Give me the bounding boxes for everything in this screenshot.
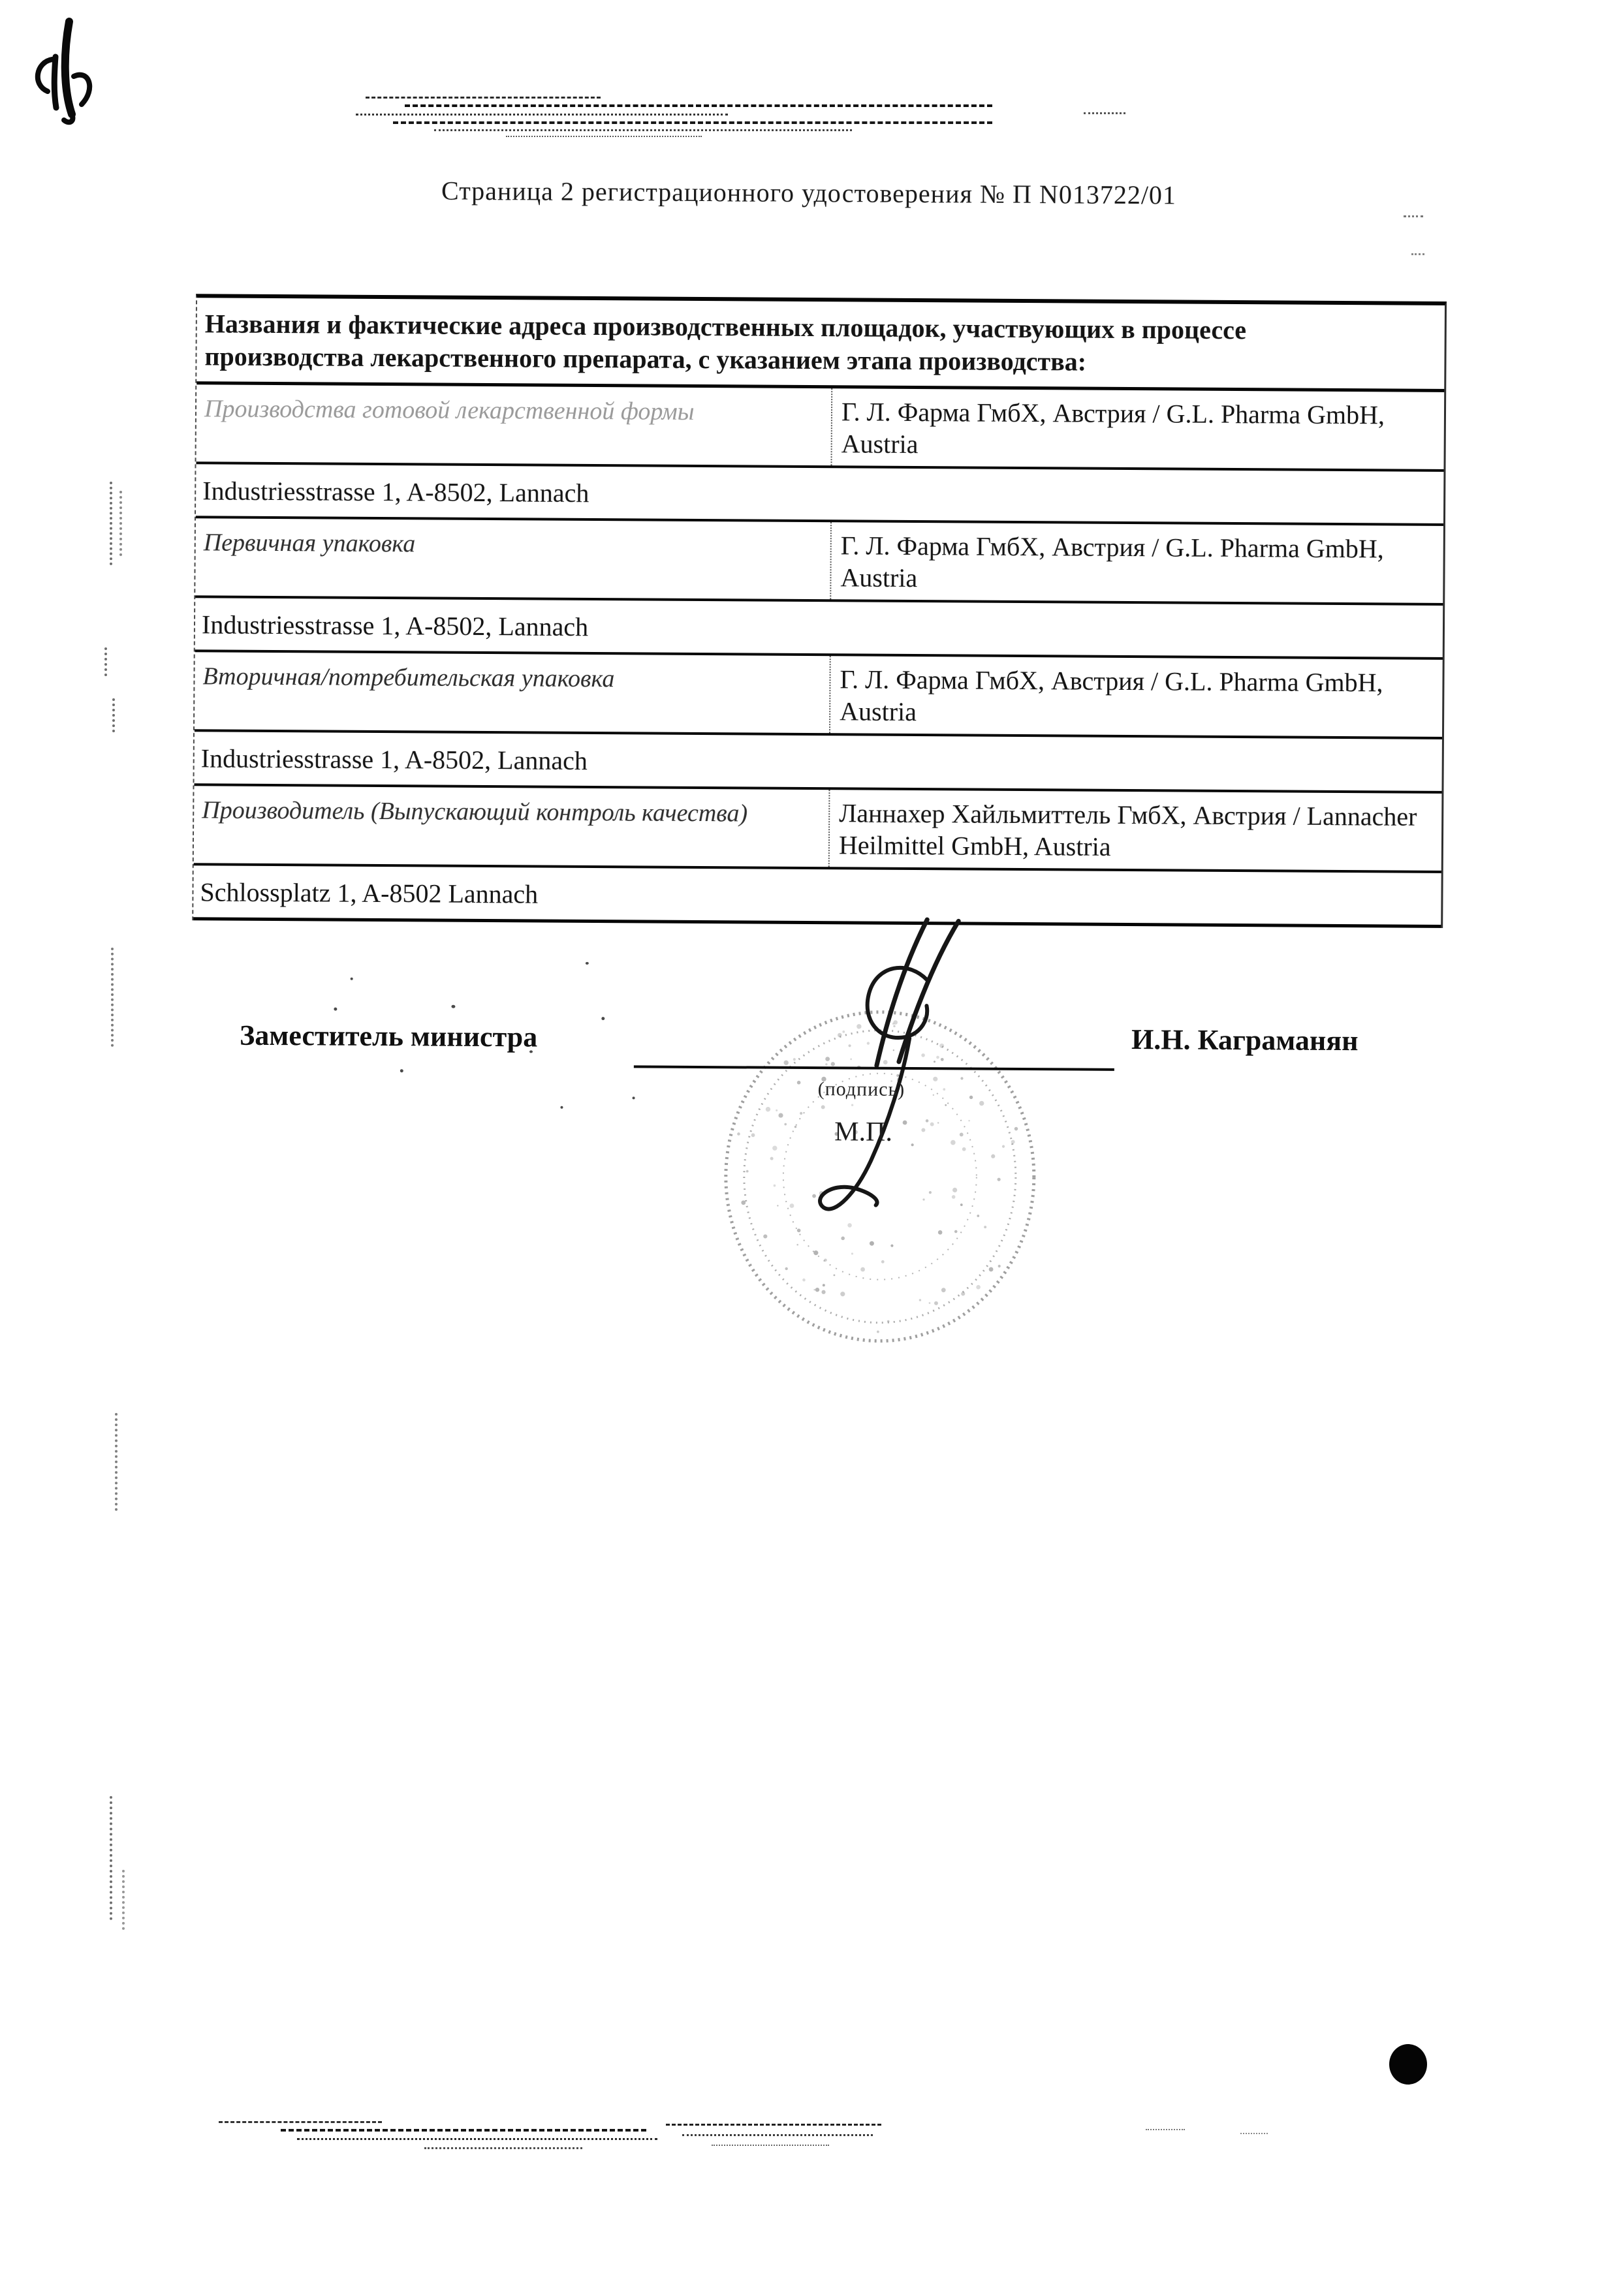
manufacturer-cell: Г. Л. Фарма ГмбХ, Австрия / G.L. Pharma … <box>830 388 1444 469</box>
scan-margin-mark <box>110 482 112 565</box>
stage-cell: Производитель (Выпускающий контроль каче… <box>194 786 829 867</box>
scan-noise-line <box>682 2134 873 2136</box>
scan-noise-line <box>424 2147 582 2149</box>
table-row: Производитель (Выпускающий контроль каче… <box>194 786 1442 873</box>
production-sites-table: Названия и фактические адреса производст… <box>192 294 1447 928</box>
scan-margin-mark <box>110 1796 112 1920</box>
page-title: Страница 2 регистрационного удостоверени… <box>0 172 1618 213</box>
stage-cell: Вторичная/потребительская упаковка <box>195 652 830 733</box>
scan-margin-mark <box>122 1870 125 1930</box>
scan-noise-line <box>1146 2129 1185 2130</box>
scan-noise-line <box>297 2138 657 2140</box>
scan-margin-mark <box>115 1413 118 1511</box>
address-cell: Industriesstrasse 1, A-8502, Lannach <box>195 598 1443 660</box>
document-content: Страница 2 регистрационного удостоверени… <box>0 0 1619 2296</box>
scan-speck <box>334 1008 337 1011</box>
scanned-document-page: Страница 2 регистрационного удостоверени… <box>0 0 1619 2296</box>
table-title-text: Названия и фактические адреса производст… <box>204 307 1374 380</box>
scan-margin-mark <box>104 647 107 676</box>
manufacturer-cell: Г. Л. Фарма ГмбХ, Австрия / G.L. Pharma … <box>829 656 1443 737</box>
signature-ink <box>820 919 958 1210</box>
scan-speck <box>586 962 589 965</box>
scan-margin-mark <box>1404 215 1423 217</box>
scan-speck <box>451 1005 455 1008</box>
scan-noise-line <box>281 2129 646 2132</box>
signature-caption: (подпись) <box>818 1078 905 1101</box>
table-row: Первичная упаковка Г. Л. Фарма ГмбХ, Авс… <box>195 518 1443 606</box>
scan-margin-mark <box>1411 253 1424 255</box>
punch-hole-dot <box>1389 2044 1427 2085</box>
table-row: Вторичная/потребительская упаковка Г. Л.… <box>195 652 1443 739</box>
stage-cell: Производства готовой лекарственной формы <box>196 384 832 465</box>
scan-noise-line <box>666 2124 881 2126</box>
scan-speck <box>400 1069 403 1072</box>
manufacturer-cell: Г. Л. Фарма ГмбХ, Австрия / G.L. Pharma … <box>830 522 1443 603</box>
address-cell: Industriesstrasse 1, A-8502, Lannach <box>196 464 1443 526</box>
address-cell: Industriesstrasse 1, A-8502, Lannach <box>194 732 1441 794</box>
table-row: Производства готовой лекарственной формы… <box>196 384 1444 472</box>
scan-noise-line <box>712 2145 829 2146</box>
table-title: Названия и фактические адреса производст… <box>196 298 1445 392</box>
scan-speck <box>560 1106 563 1109</box>
scan-speck <box>351 978 353 980</box>
scan-margin-mark <box>111 948 114 1047</box>
stage-cell: Первичная упаковка <box>195 518 830 599</box>
scan-margin-mark <box>112 698 115 732</box>
scan-speck <box>633 1096 635 1099</box>
signer-position-label: Заместитель министра <box>240 1019 537 1054</box>
scan-noise-line <box>219 2121 382 2123</box>
seal-placeholder-label: М.П. <box>834 1116 892 1148</box>
scan-speck <box>529 1050 533 1053</box>
scan-margin-mark <box>119 491 122 556</box>
signer-name: И.Н. Каграманян <box>1131 1023 1359 1057</box>
scan-noise-line <box>1240 2133 1268 2134</box>
manufacturer-cell: Ланнахер Хайльмиттель ГмбХ, Австрия / La… <box>828 790 1442 871</box>
stamp-center-ring <box>783 1073 977 1280</box>
scan-speck <box>601 1017 605 1020</box>
stamp-inner-ring <box>743 1029 1016 1324</box>
